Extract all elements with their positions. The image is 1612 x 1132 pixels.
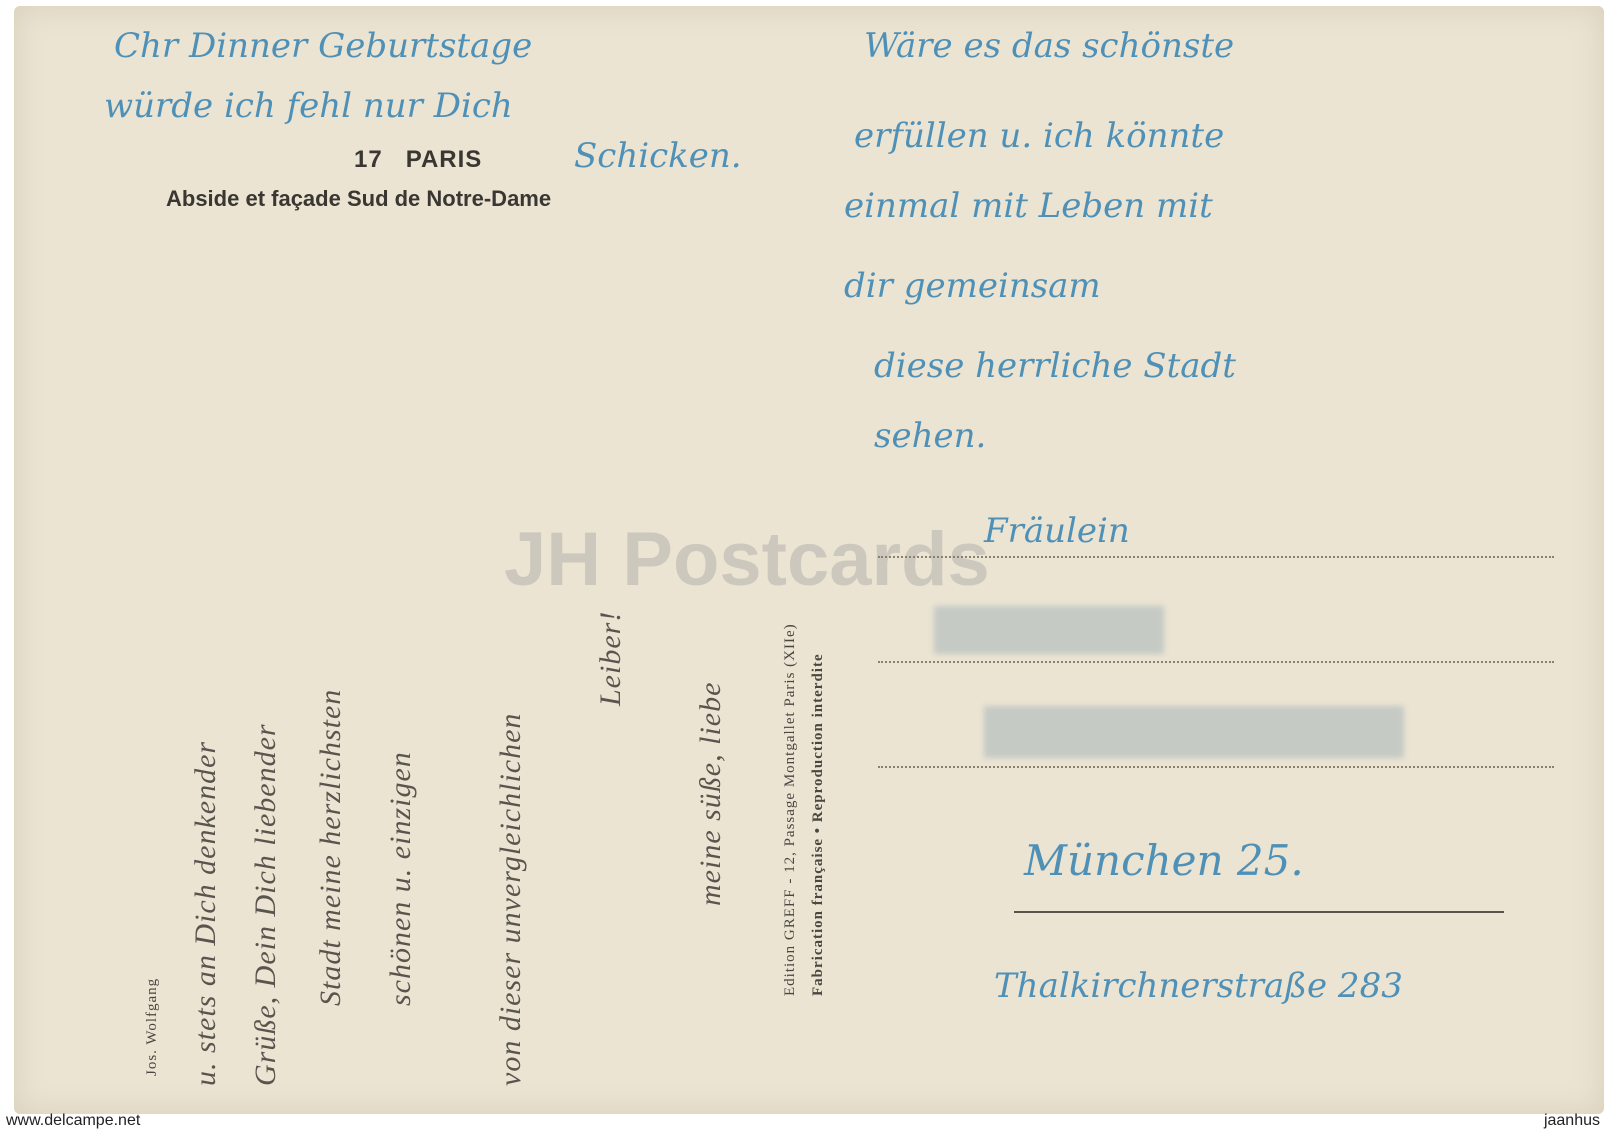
address-street-redacted [984, 706, 1404, 758]
vertical-line-6: Grüße, Dein Dich liebender [249, 723, 283, 1086]
address-street: Thalkirchnerstraße 283 [994, 966, 1403, 1006]
publisher-line: Edition GREFF - 12, Passage Montgallet P… [782, 623, 799, 996]
address-salutation: Fräulein [984, 511, 1130, 551]
handwriting-right-line-5: diese herrliche Stadt [874, 346, 1236, 386]
vertical-line-8: Jos. Wolfgang [144, 978, 161, 1076]
postcard-back: Chr Dinner Geburtstage würde ich fehl nu… [14, 6, 1604, 1114]
address-line-2 [878, 661, 1554, 663]
footer-user: jaanhus [1544, 1112, 1600, 1130]
address-line-1 [878, 556, 1554, 558]
card-number: 17 [354, 146, 383, 173]
handwriting-right-line-3: einmal mit Leben mit [844, 186, 1213, 226]
footer-site: www.delcampe.net [6, 1112, 140, 1130]
card-city: PARIS [406, 146, 483, 173]
vertical-line-5: Stadt meine herzlichsten [314, 689, 348, 1006]
printed-title: 17 PARIS [354, 146, 482, 174]
handwriting-left-line-1: Chr Dinner Geburtstage [114, 26, 532, 66]
handwriting-right-line-2: erfüllen u. ich könnte [854, 116, 1224, 156]
vertical-line-2: Leiber! [594, 611, 628, 706]
handwriting-right-line-1: Wäre es das schönste [864, 26, 1234, 66]
fabrication-line: Fabrication française • Reproduction int… [810, 653, 827, 996]
vertical-line-3: von dieser unvergleichlichen [494, 713, 528, 1086]
handwriting-left-line-3: Schicken. [574, 136, 742, 176]
handwriting-left-line-2: würde ich fehl nur Dich [104, 86, 513, 126]
handwriting-right-line-4: dir gemeinsam [844, 266, 1101, 306]
watermark: JH Postcards [504, 516, 990, 603]
vertical-line-7: u. stets an Dich denkender [189, 741, 223, 1086]
address-city-underline [1014, 911, 1504, 913]
address-line-3 [878, 766, 1554, 768]
handwriting-right-line-6: sehen. [874, 416, 986, 456]
address-city: München 25. [1024, 836, 1304, 885]
printed-caption: Abside et façade Sud de Notre-Dame [166, 186, 551, 212]
address-name-redacted [934, 606, 1164, 654]
vertical-line-4: schönen u. einzigen [384, 751, 418, 1006]
vertical-line-1: meine süße, liebe [694, 682, 728, 906]
